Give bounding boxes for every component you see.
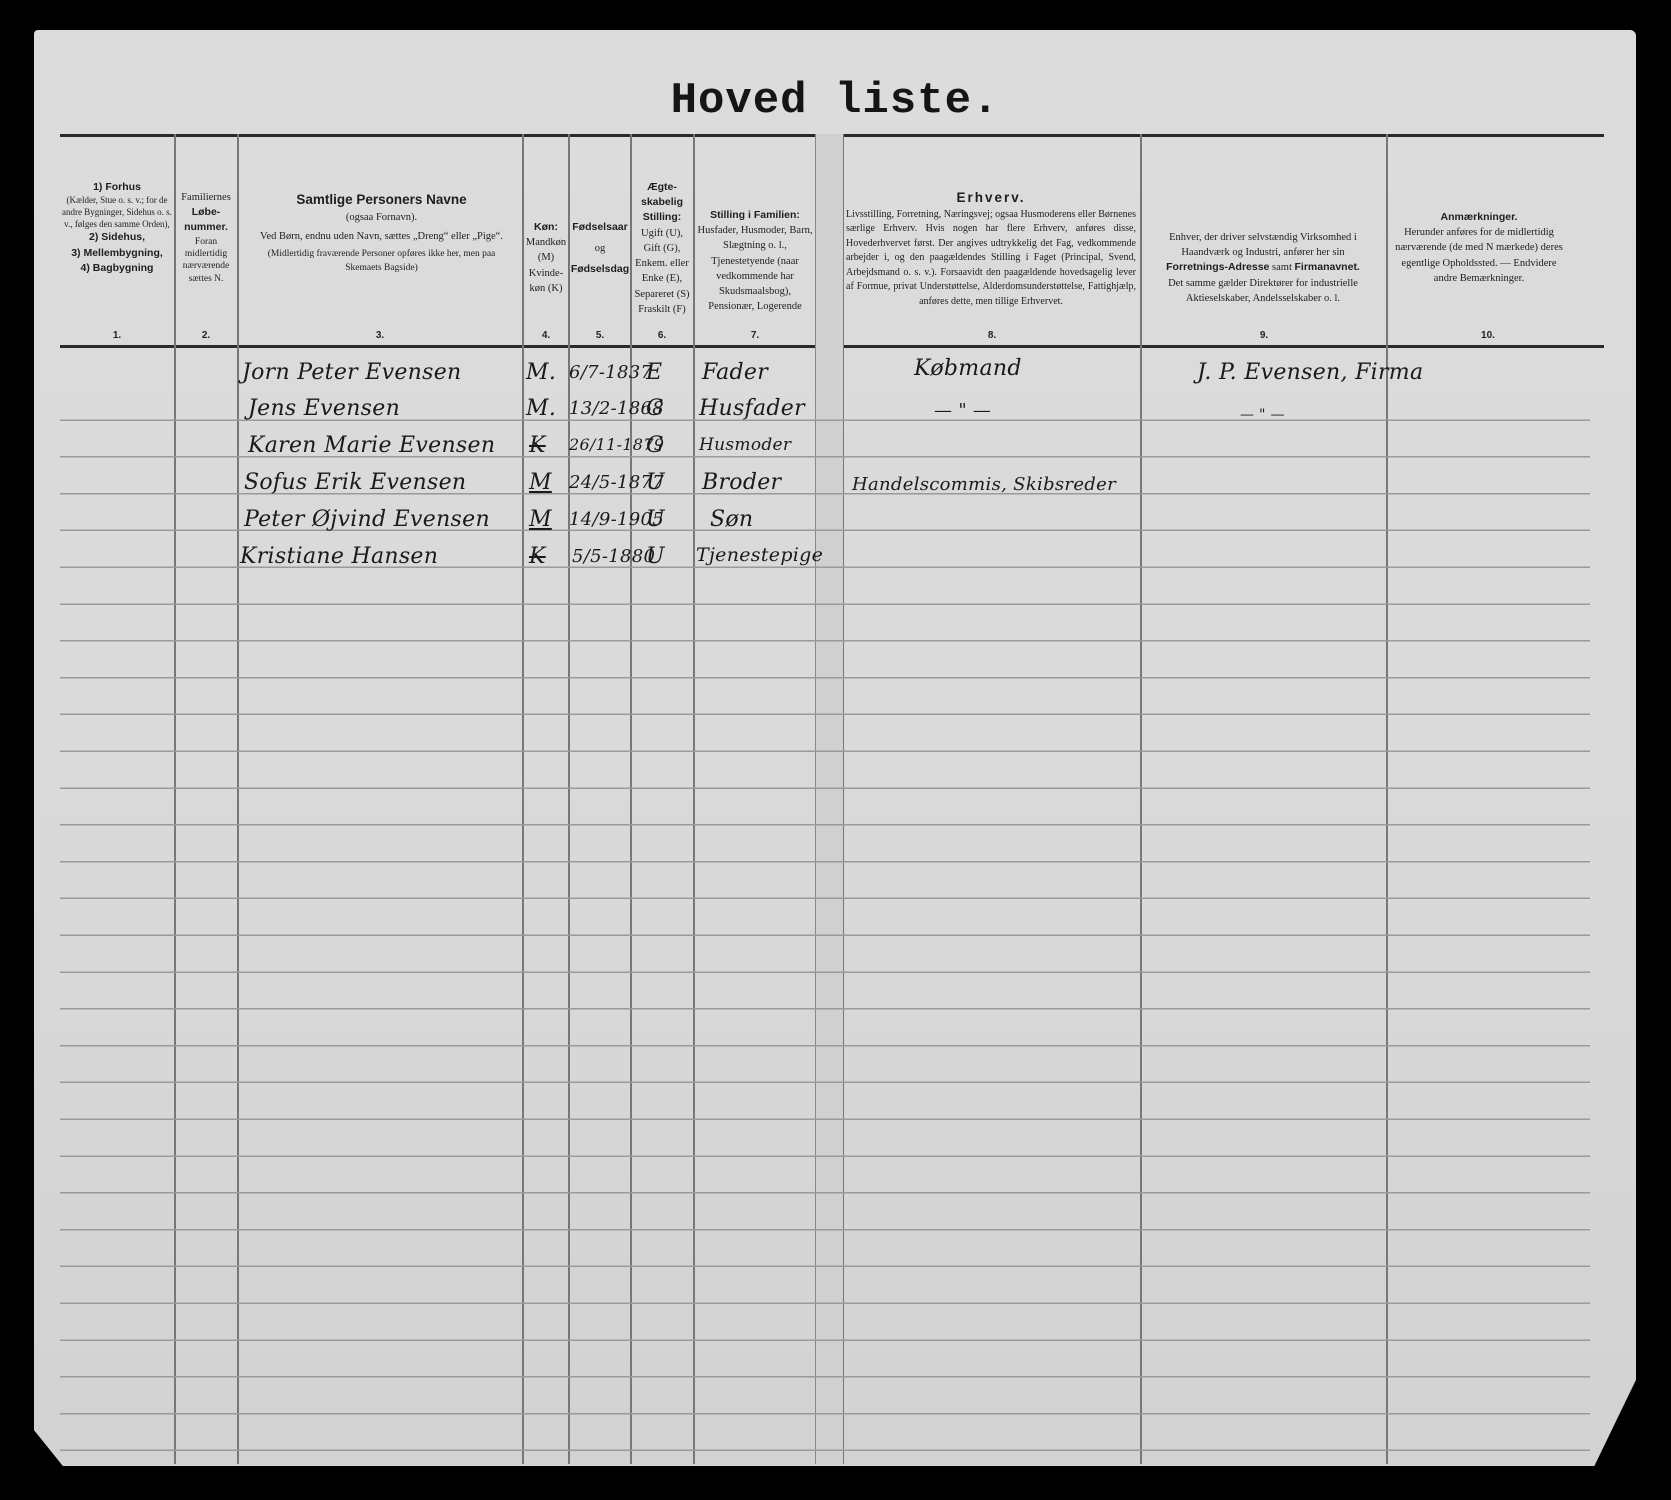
- column-header-8: Erhverv. Livsstilling, Forretning, Nærin…: [846, 188, 1136, 309]
- person-business: — " —: [1240, 407, 1285, 423]
- column-number-4: 4.: [524, 330, 568, 341]
- column-header-3: Samtlige Personers Navne (ogsaa Fornavn)…: [249, 190, 514, 276]
- column-number-6: 6.: [632, 330, 692, 341]
- person-name: Sofus Erik Evensen: [244, 470, 466, 495]
- column-header-4: Køn: Mandkøn (M) Kvinde-køn (K): [524, 220, 568, 296]
- person-marital: E: [646, 360, 662, 385]
- person-occupation: — " —: [934, 400, 991, 421]
- person-family-position: Broder: [702, 470, 781, 495]
- column-header-9: Enhver, der driver selvstændig Virksomhe…: [1150, 230, 1376, 306]
- person-birth: 6/7-1837: [569, 362, 652, 383]
- person-name: Karen Marie Evensen: [248, 433, 495, 458]
- person-marital: U: [646, 470, 665, 495]
- person-sex: M: [529, 470, 552, 495]
- column-header-5: Fødselsaar og Fødselsdag: [570, 220, 630, 278]
- column-header-7: Stilling i Familien: Husfader, Husmoder,…: [696, 208, 814, 315]
- person-family-position: Husfader: [699, 396, 805, 421]
- person-name: Jens Evensen: [248, 396, 400, 421]
- person-name: Peter Øjvind Evensen: [244, 507, 490, 532]
- person-sex: M.: [526, 396, 556, 421]
- person-name: Kristiane Hansen: [240, 544, 438, 569]
- person-marital: G: [646, 396, 664, 421]
- person-sex: K: [529, 433, 546, 458]
- person-family-position: Tjenestepige: [696, 544, 823, 566]
- person-marital: U: [646, 507, 665, 532]
- person-business: J. P. Evensen, Firma: [1197, 360, 1423, 385]
- page-title: Hoved liste.: [34, 76, 1636, 126]
- column-number-7: 7.: [696, 330, 814, 341]
- person-sex: M: [529, 507, 552, 532]
- column-number-3: 3.: [239, 330, 521, 341]
- person-family-position: Søn: [710, 507, 753, 532]
- column-number-5: 5.: [570, 330, 630, 341]
- column-header-10: Anmærkninger. Herunder anføres for de mi…: [1394, 210, 1564, 286]
- person-occupation: Købmand: [914, 356, 1022, 381]
- person-marital: G: [646, 433, 664, 458]
- person-family-position: Husmoder: [699, 435, 791, 455]
- person-family-position: Fader: [702, 360, 768, 385]
- column-number-1: 1.: [62, 330, 172, 341]
- column-header-6: Ægte-skabelig Stilling: Ugift (U), Gift …: [632, 180, 692, 317]
- column-number-10: 10.: [1388, 330, 1588, 341]
- person-sex: M.: [526, 360, 556, 385]
- person-marital: U: [646, 544, 665, 569]
- column-header-2: Familiernes Løbe- nummer. Foran midlerti…: [176, 190, 236, 285]
- person-name: Jorn Peter Evensen: [242, 360, 462, 385]
- person-occupation: Handelscommis, Skibsreder: [852, 474, 1116, 495]
- column-number-8: 8.: [846, 330, 1138, 341]
- column-header-1: 1) Forhus (Kælder, Stue o. s. v.; for de…: [62, 180, 172, 276]
- person-birth: 5/5-1880: [572, 546, 655, 567]
- column-number-2: 2.: [176, 330, 236, 341]
- column-number-9: 9.: [1142, 330, 1386, 341]
- person-sex: K: [529, 544, 546, 569]
- census-form-page: Hoved liste. 1) Forhus (Kælder, Stue o. …: [34, 30, 1636, 1466]
